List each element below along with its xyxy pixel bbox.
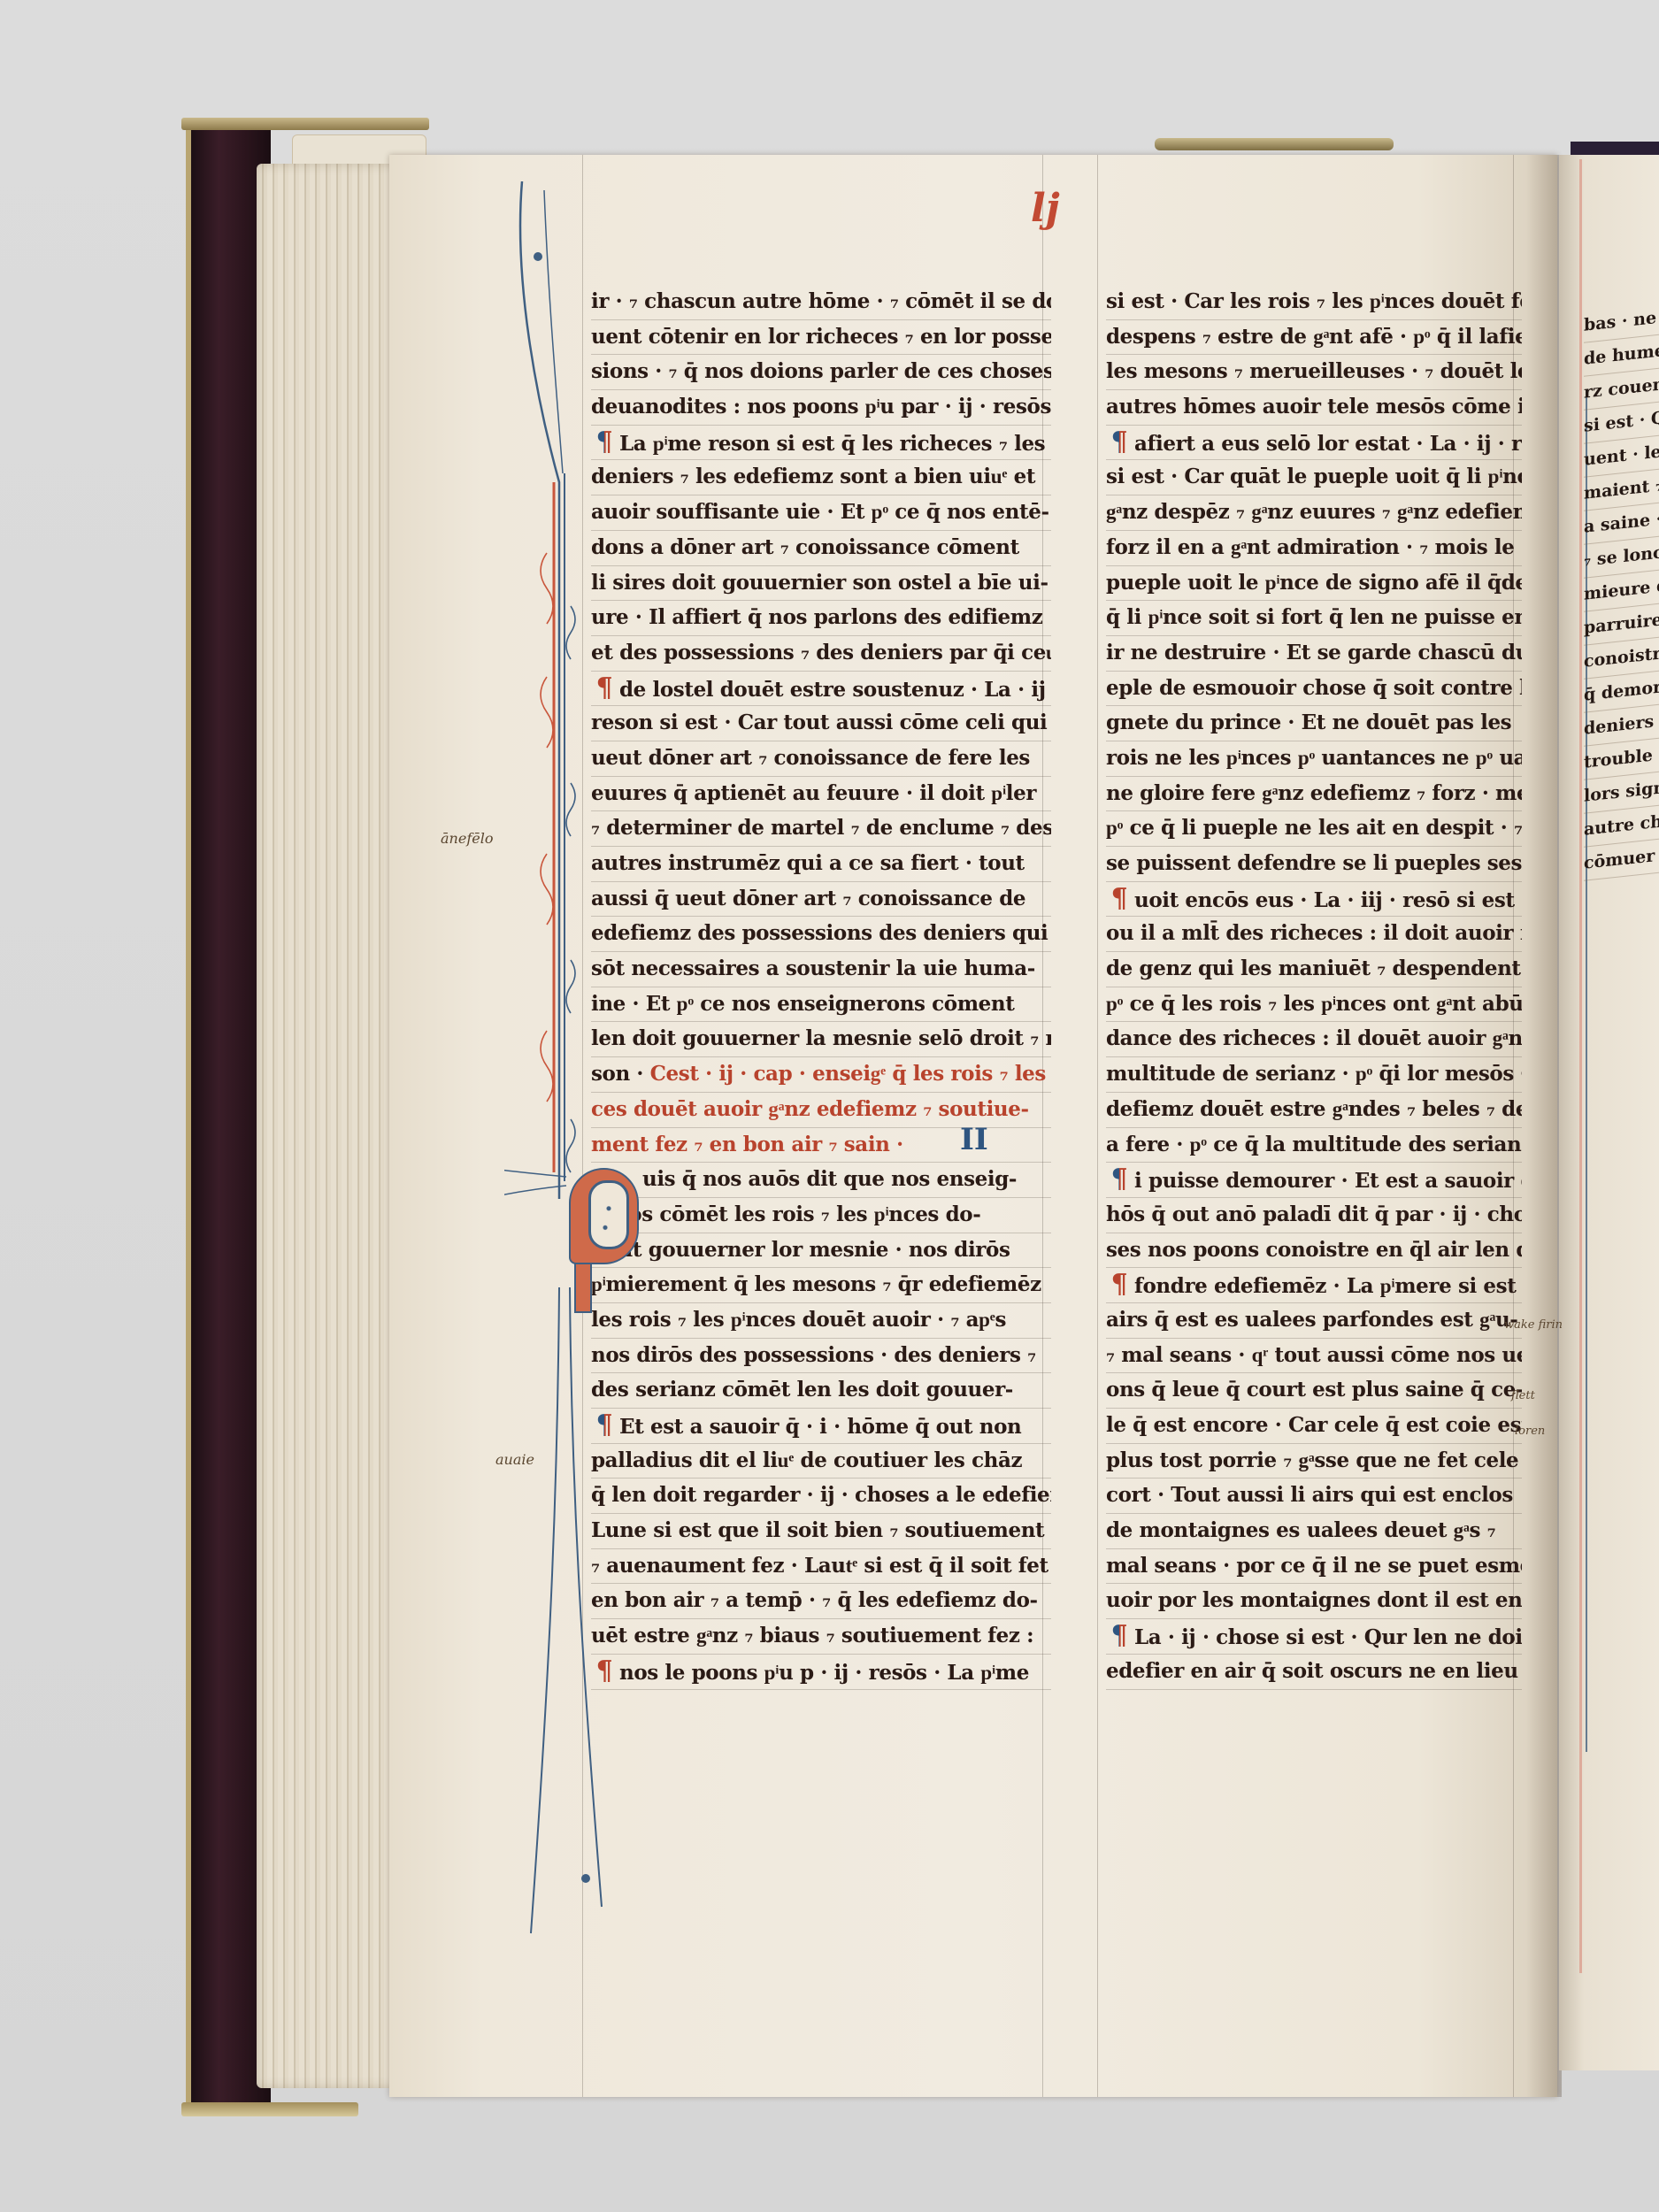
text-line: de montaignes es ualees deuet gͣs ₇ [1106,1514,1522,1549]
chapter-number: II [960,1122,988,1157]
marginal-note: wake firin [1504,1318,1563,1332]
folio-number: lj [1031,186,1060,231]
line-text: de lostel douēt estre soustenuz · La · i… [619,678,1051,702]
text-line: palladius dit el liuͤ de coutiuer les ch… [591,1444,1051,1479]
text-line: gnete du prince · Et ne douēt pas les [1106,706,1522,741]
text-line: airs q̄ est es ualees parfondes est gͣu- [1106,1303,1522,1339]
text-line: deniers ₇ les edefiemz sont a bien uiuͤ … [591,460,1051,495]
line-text: ces douēt auoir gͣnz edefiemz ₇ soutiue- [591,1097,1029,1121]
line-text: Et est a sauoir q̄ · i · hōme q̄ out non [619,1415,1021,1439]
line-text: multitude de serianz · pͦ q̄i lor mesōs … [1106,1062,1522,1086]
text-line: pͦ ce q̄ les rois ₇ les pͥnces ont gͣnt … [1106,987,1522,1023]
text-column-right: si est · Car les rois ₇ les pͥnces douēt… [1106,285,1522,1690]
line-text: hōs q̄ out anō paladī dit q̄ par · ij · … [1106,1202,1522,1226]
text-line: si est · Car les rois ₇ les pͥnces douēt… [1106,285,1522,320]
text-line: les rois ₇ les pͥnces douēt auoir · ₇ ap… [591,1303,1051,1339]
line-text: len doit gouuerner la mesnie selō droit … [591,1026,1051,1050]
text-line: sions · ₇ q̄ nos doions parler de ces ch… [591,355,1051,390]
line-text: ure · Il affiert q̄ nos parlons des edif… [591,605,1042,629]
text-line: edefier en air q̄ soit oscurs ne en lieu [1106,1655,1522,1690]
text-line: eple de esmouoir chose q̄ soit contre la… [1106,672,1522,707]
line-text: auoir souffisante uie · Et pͦ ce q̄ nos … [591,500,1049,524]
line-text: gͣnz despēz ₇ gͣnz euures ₇ gͣnz edefiem… [1106,500,1522,524]
line-text: afiert a eus selō lor estat · La · ij · … [1134,432,1522,456]
text-line: de genz qui les maniuēt ₇ despendent ₇ [1106,952,1522,987]
line-text: ses nos poons conoistre en q̄l air len d… [1106,1238,1522,1262]
text-line: autres instrumēz qui a ce sa fiert · tou… [591,847,1051,882]
text-line: en bon air ₇ a temp̄ · ₇ q̄ les edefiemz… [591,1584,1051,1619]
metal-clasp [1155,138,1394,150]
line-text: nos le poons pͥu p · ij · resōs · La pͥm… [619,1661,1029,1685]
text-line: ons q̄ leue q̄ court est plus saine q̄ c… [1106,1373,1522,1409]
marginal-note: ānefēlo [441,830,493,847]
text-line: ir · ₇ chascun autre hōme · ₇ cōmēt il s… [591,285,1051,320]
facing-text-line: cōmuer · si cōme [1584,839,1659,880]
text-line: defiemz douēt estre gͣndes ₇ beles ₇ de … [1106,1093,1522,1128]
line-text: deuanodites : nos poons pͥu par · ij · r… [591,395,1051,419]
text-line: ¶nos le poons pͥu p · ij · resōs · La pͥ… [591,1655,1051,1690]
text-line: uent gouuerner lor mesnie · nos dirōs [591,1233,1051,1269]
line-text: autres hōmes auoir tele mesōs cōme il [1106,395,1522,419]
text-line: pueple uoit le pͥnce de signo afē il q̄d… [1106,566,1522,602]
line-text: mal seans · por ce q̄ il ne se puet esmo… [1106,1554,1522,1578]
text-line: despens ₇ estre de gͣnt afē · pͦ q̄ il l… [1106,320,1522,356]
line-text: airs q̄ est es ualees parfondes est gͣu- [1106,1308,1517,1332]
line-text: ir · ₇ chascun autre hōme · ₇ cōmēt il s… [591,289,1051,313]
text-line: dance des richeces : il douēt auoir gͣnt [1106,1022,1522,1057]
text-line: q̄ li pͥnce soit si fort q̄ len ne puiss… [1106,601,1522,636]
paragraph-initial-icon: ¶ [1106,426,1133,460]
line-text: si est · Car les rois ₇ les pͥnces douēt… [1106,289,1522,313]
text-line: gͣnz despēz ₇ gͣnz euures ₇ gͣnz edefiem… [1106,495,1522,531]
line-text: li sires doit gouuernier son ostel a bīe… [591,571,1048,595]
text-line: uoir por les montaignes dont il est encl… [1106,1584,1522,1619]
line-text: rois ne les pͥnces pͦ uantances ne pͦ ua… [1106,746,1522,770]
line-text: et des possessions ₇ des deniers par q̄i… [591,641,1051,664]
text-line: plus tost porrie ₇ gͣsse que ne fet cele… [1106,1444,1522,1479]
text-line: ses nos poons conoistre en q̄l air len d… [1106,1233,1522,1269]
line-text: edefier en air q̄ soit oscurs ne en lieu [1106,1659,1518,1683]
line-text: dance des richeces : il douēt auoir gͣnt [1106,1026,1522,1050]
text-line: ¶de lostel douēt estre soustenuz · La · … [591,672,1051,707]
line-text: dons a dōner art ₇ conoissance cōment [591,535,1019,559]
line-text: i puisse demourer · Et est a sauoir q̄ · [1134,1169,1522,1193]
text-line: auoir souffisante uie · Et pͦ ce q̄ nos … [591,495,1051,531]
line-text: uoir por les montaignes dont il est encl… [1106,1588,1522,1612]
line-text: si est · Car quāt le pueple uoit q̄ li p… [1106,465,1522,488]
text-line: ¶uoit encōs eus · La · iij · resō si est… [1106,882,1522,918]
line-text: ₇ auenaument fez · Lautͤ si est q̄ il so… [591,1554,1048,1578]
text-line: uis q̄ nos auōs dit que nos enseig- [591,1163,1051,1198]
line-text: fondre edefiemēz · La pͥmere si est q̄ l… [1134,1274,1522,1298]
line-text: pueple uoit le pͥnce de signo afē il q̄d… [1106,571,1522,595]
text-column-left: ir · ₇ chascun autre hōme · ₇ cōmēt il s… [591,285,1051,1690]
text-line: edefiemz des possessions des deniers qui [591,917,1051,952]
text-line: les mesons ₇ merueilleuses · ₇ douēt les [1106,355,1522,390]
text-line: ¶La · ij · chose si est · Qur len ne doi… [1106,1619,1522,1655]
text-line: li sires doit gouuernier son ostel a bīe… [591,566,1051,602]
text-line: son · Cest · ij · cap · enseigͤ q̄ les r… [591,1057,1051,1093]
gilt-corner-bottom [181,2102,358,2116]
line-text: de montaignes es ualees deuet gͣs ₇ [1106,1518,1495,1542]
text-line: le q̄ est encore · Car cele q̄ est coie … [1106,1409,1522,1444]
line-text: La pͥme reson si est q̄ les richeces ₇ l… [619,432,1045,456]
text-line: uēt estre gͣnz ₇ biaus ₇ soutiuement fez… [591,1619,1051,1655]
line-text: deniers ₇ les edefiemz sont a bien uiuͤ … [591,465,1035,488]
line-text: euures q̄ aptienēt au feuure · il doit p… [591,781,1036,805]
line-text: ine · Et pͦ ce nos enseignerons cōment [591,992,1014,1016]
marginal-note: loren [1515,1425,1545,1438]
line-text: ou il a mlt̄ des richeces : il doit auoi… [1106,921,1522,945]
text-line: ¶La pͥme reson si est q̄ les richeces ₇ … [591,426,1051,461]
text-line: euures q̄ aptienēt au feuure · il doit p… [591,777,1051,812]
text-line: ₇ determiner de martel ₇ de enclume ₇ de… [591,811,1051,847]
line-text: ₇ determiner de martel ₇ de enclume ₇ de… [591,816,1051,840]
line-text: le q̄ est encore · Car cele q̄ est coie … [1106,1413,1522,1437]
text-line: ¶fondre edefiemēz · La pͥmere si est q̄ … [1106,1268,1522,1303]
line-text: ment fez ₇ en bon air ₇ sain · [591,1133,903,1156]
text-line: ir ne destruire · Et se garde chascū du … [1106,636,1522,672]
line-text: despens ₇ estre de gͣnt afē · pͦ q̄ il l… [1106,325,1522,349]
text-line: autres hōmes auoir tele mesōs cōme il [1106,390,1522,426]
paragraph-initial-icon: ¶ [1106,1268,1133,1302]
line-text: ueut dōner art ₇ conoissance de fere les [591,746,1030,770]
paragraph-initial-icon: ¶ [591,426,618,460]
line-text: des serianz cōmēt len les doit gouuer- [591,1378,1013,1402]
ruling-line [1097,155,1098,2097]
text-line: aussi q̄ ueut dōner art ₇ conoissance de [591,882,1051,918]
text-line: ₇ mal seans · qͬ tout aussi cōme nos ue- [1106,1339,1522,1374]
line-text: eple de esmouoir chose q̄ soit contre la… [1106,676,1522,700]
text-line: si est · Car quāt le pueple uoit q̄ li p… [1106,460,1522,495]
line-text: plus tost porrie ₇ gͣsse que ne fet cele… [1106,1448,1522,1472]
text-line: multitude de serianz · pͦ q̄i lor mesōs … [1106,1057,1522,1093]
paragraph-initial-icon: ¶ [1106,882,1133,917]
line-text: pͦ ce q̄ li pueple ne les ait en despit … [1106,816,1522,840]
line-text: les rois ₇ les pͥnces douēt auoir · ₇ ap… [591,1308,1006,1332]
text-line: mal seans · por ce q̄ il ne se puet esmo… [1106,1549,1522,1585]
paragraph-initial-icon: ¶ [591,1655,618,1689]
gutter-shadow [1526,155,1562,2097]
text-line: se puissent defendre se li pueples ses m… [1106,847,1522,882]
text-line: ou il a mlt̄ des richeces : il doit auoi… [1106,917,1522,952]
line-text: forz il en a gͣnt admiration · ₇ mois le [1106,535,1515,559]
text-line: reson si est · Car tout aussi cōme celi … [591,706,1051,741]
facing-border-red [1579,159,1582,1973]
line-text: uoit encōs eus · La · iij · resō si est … [1134,888,1522,912]
paragraph-initial-icon: ¶ [1106,1163,1133,1197]
text-line: cort · Tout aussi li airs qui est enclos [1106,1479,1522,1514]
line-text: pͥmierement q̄ les mesons ₇ q̄r edefiemē… [591,1272,1041,1296]
line-text: les mesons ₇ merueilleuses · ₇ douēt les [1106,359,1522,383]
line-text: de genz qui les maniuēt ₇ despendent ₇ [1106,956,1522,980]
text-line: ¶Et est a sauoir q̄ · i · hōme q̄ out no… [591,1409,1051,1444]
text-line: nos dirōs des possessions · des deniers … [591,1339,1051,1374]
text-line: ¶i puisse demourer · Et est a sauoir q̄ … [1106,1163,1522,1198]
facing-page-text: bas · ne en lieude humeurs · q̄rz couena… [1584,305,1659,877]
paragraph-initial-icon: ¶ [591,672,618,706]
line-text: uent cōtenir en lor richeces ₇ en lor po… [591,325,1051,349]
line-text: uis q̄ nos auōs dit que nos enseig- [642,1167,1017,1191]
paragraph-initial-icon: ¶ [591,1409,618,1443]
line-text: La · ij · chose si est · Qur len ne doit… [1134,1625,1522,1649]
line-text: reson si est · Car tout aussi cōme celi … [591,710,1047,734]
text-line: ¶afiert a eus selō lor estat · La · ij ·… [1106,426,1522,461]
line-text: uent gouuerner lor mesnie · nos dirōs [591,1238,1010,1262]
line-text: autres instrumēz qui a ce sa fiert · tou… [591,851,1025,875]
line-text: palladius dit el liuͤ de coutiuer les ch… [591,1448,1022,1472]
text-line: rois ne les pͥnces pͦ uantances ne pͦ ua… [1106,741,1522,777]
line-text: ons q̄ leue q̄ court est plus saine q̄ c… [1106,1378,1522,1402]
line-text: ne gloire fere gͣnz edefiemz ₇ forz · me… [1106,781,1522,805]
text-line: et des possessions ₇ des deniers par q̄i… [591,636,1051,672]
text-line: ueut dōner art ₇ conoissance de fere les [591,741,1051,777]
line-text: uēt estre gͣnz ₇ biaus ₇ soutiuement fez… [591,1624,1033,1647]
text-line: len doit gouuerner la mesnie selō droit … [591,1022,1051,1057]
paragraph-initial-icon: ¶ [1106,1619,1133,1654]
text-line: dons a dōner art ₇ conoissance cōment [591,531,1051,566]
line-text: a fere · pͦ ce q̄ la multitude des seria… [1106,1133,1522,1156]
text-line: a fere · pͦ ce q̄ la multitude des seria… [1106,1128,1522,1164]
text-line: des serianz cōmēt len les doit gouuer- [591,1373,1051,1409]
line-text: en bon air ₇ a temp̄ · ₇ q̄ les edefiemz… [591,1588,1038,1612]
text-line: hōs q̄ out anō paladī dit q̄ par · ij · … [1106,1198,1522,1233]
text-line: uent cōtenir en lor richeces ₇ en lor po… [591,320,1051,356]
text-line: pͥmierement q̄ les mesons ₇ q̄r edefiemē… [591,1268,1051,1303]
line-text: defiemz douēt estre gͣndes ₇ beles ₇ de … [1106,1097,1522,1121]
marginal-note: flett [1511,1389,1535,1402]
text-line: Lune si est que il soit bien ₇ soutiueme… [591,1514,1051,1549]
line-text: sions · ₇ q̄ nos doions parler de ces ch… [591,359,1051,383]
text-line: q̄ len doit regarder · ij · choses a le … [591,1479,1051,1514]
line-text: gnete du prince · Et ne douēt pas les [1106,710,1511,734]
decorated-initial-p-icon [569,1168,638,1310]
text-line: ne gloire fere gͣnz edefiemz ₇ forz · me… [1106,777,1522,812]
text-line: nerōs cōmēt les rois ₇ les pͥnces do- [591,1198,1051,1233]
line-text: q̄ li pͥnce soit si fort q̄ len ne puiss… [1106,605,1522,629]
line-text: q̄ len doit regarder · ij · choses a le … [591,1483,1051,1507]
line-text: se puissent defendre se li pueples ses m… [1106,851,1522,875]
text-line: forz il en a gͣnt admiration · ₇ mois le [1106,531,1522,566]
text-line: ure · Il affiert q̄ nos parlons des edif… [591,601,1051,636]
line-text: Lune si est que il soit bien ₇ soutiueme… [591,1518,1044,1542]
text-line: sōt necessaires a soustenir la uie huma- [591,952,1051,987]
marginal-note: auaie [495,1451,534,1468]
line-text: pͦ ce q̄ les rois ₇ les pͥnces ont gͣnt … [1106,992,1522,1016]
line-text: edefiemz des possessions des deniers qui [591,921,1048,945]
line-text: son · Cest · ij · cap · enseigͤ q̄ les r… [591,1062,1051,1086]
line-text: ir ne destruire · Et se garde chascū du … [1106,641,1522,664]
line-text: cort · Tout aussi li airs qui est enclos [1106,1483,1513,1507]
text-line: ine · Et pͦ ce nos enseignerons cōment [591,987,1051,1023]
text-line: deuanodites : nos poons pͥu par · ij · r… [591,390,1051,426]
text-line: ₇ auenaument fez · Lautͤ si est q̄ il so… [591,1549,1051,1585]
line-text: sōt necessaires a soustenir la uie huma- [591,956,1035,980]
gilt-corner-top [181,118,429,130]
text-line: pͦ ce q̄ li pueple ne les ait en despit … [1106,811,1522,847]
line-text: aussi q̄ ueut dōner art ₇ conoissance de [591,887,1025,910]
line-text: ₇ mal seans · qͬ tout aussi cōme nos ue- [1106,1343,1522,1367]
line-text: nos dirōs des possessions · des deniers … [591,1343,1036,1367]
line-text: nerōs cōmēt les rois ₇ les pͥnces do- [591,1202,980,1226]
